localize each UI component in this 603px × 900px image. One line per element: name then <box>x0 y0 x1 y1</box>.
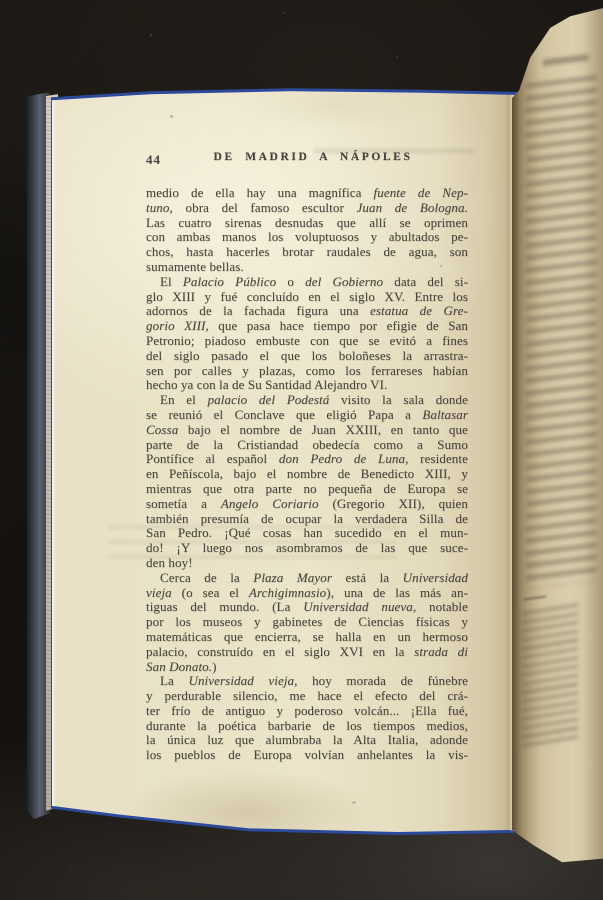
paragraph: Cerca de la Plaza Mayor está la Universi… <box>146 571 468 675</box>
text-line: también presumía de ocupar la verdadera … <box>146 512 468 527</box>
text-line: glo XIII y fué concluído en el siglo XV.… <box>146 290 468 305</box>
book-photo: 44 DE MADRID A NÁPOLES medio de ella hay… <box>0 0 603 900</box>
page-header: 44 DE MADRID A NÁPOLES <box>146 151 468 167</box>
paragraph: medio de ella hay una magnífica fuente d… <box>146 186 468 275</box>
text-line: palacio, construído en el siglo XVI en l… <box>146 645 468 660</box>
facing-page-blurred-header <box>543 54 589 66</box>
facing-footnote-blurred-text <box>522 604 578 753</box>
dust-speck <box>70 868 72 870</box>
dust-speck <box>396 56 398 58</box>
paragraph: En el palacio del Podestá visito la sala… <box>146 393 468 571</box>
text-line: tiguas del mundo. (La Universidad nueva,… <box>146 600 468 615</box>
text-line: San Donato.) <box>146 660 468 675</box>
text-line: parte de la Cristiandad obedecía como a … <box>146 438 468 453</box>
text-line: sometía a Angelo Coriario (Gregorio XII)… <box>146 497 468 512</box>
text-line: en Peñíscola, bajo el nombre de Benedict… <box>146 467 468 482</box>
text-line: mientras que otra parte no pequeña de Eu… <box>146 482 468 497</box>
book-page: 44 DE MADRID A NÁPOLES medio de ella hay… <box>52 89 520 835</box>
text-line: Cerca de la Plaza Mayor está la Universi… <box>146 571 468 586</box>
paper-speck <box>352 801 356 804</box>
facing-page <box>512 0 603 900</box>
page-body: medio de ella hay una magnífica fuente d… <box>146 186 468 763</box>
text-line: hecho ya con la de Su Santidad Alejandro… <box>146 378 468 393</box>
paragraph: El Palacio Público o del Gobierno data d… <box>146 275 468 393</box>
text-line: Cossa bajo el nombre de Juan XXIII, en t… <box>146 423 468 438</box>
text-line: medio de ella hay una magnífica fuente d… <box>146 186 468 201</box>
text-line: la única luz que alumbraba la Alta Itali… <box>146 733 468 748</box>
page-number: 44 <box>146 152 161 168</box>
text-line: y perdurable silencio, me hace el efecto… <box>146 689 468 704</box>
dust-speck <box>150 34 152 36</box>
text-line: chos, hasta hacerles brotar raudales de … <box>146 245 468 260</box>
facing-footnote-rule <box>524 595 546 600</box>
text-line: Petronio; piadoso embuste con que se evi… <box>146 334 468 349</box>
text-line: tuno, obra del famoso escultor Juan de B… <box>146 201 468 216</box>
text-line: El Palacio Público o del Gobierno data d… <box>146 275 468 290</box>
text-line: sen por calles y plazas, como los ferrar… <box>146 364 468 379</box>
paragraph: La Universidad vieja, hoy morada de fúne… <box>146 674 468 763</box>
text-line: sumamente bellas. <box>146 260 468 275</box>
paper-speck <box>170 115 173 118</box>
text-line: Las cuatro sirenas desnudas que allí se … <box>146 216 468 231</box>
text-line: del siglo pasado el que los boloñeses la… <box>146 349 468 364</box>
text-line: ter frío de antiguo y poderoso volcán...… <box>146 704 468 719</box>
text-line: La Universidad vieja, hoy morada de fúne… <box>146 674 468 689</box>
dust-speck <box>282 12 285 14</box>
text-line: den hoy! <box>146 556 468 571</box>
text-line: matemáticas que encierra, se halla en un… <box>146 630 468 645</box>
text-line: los pueblos de Europa volvían anhelantes… <box>146 748 468 763</box>
running-header: DE MADRID A NÁPOLES <box>146 151 468 163</box>
facing-page-blurred-text <box>526 76 597 590</box>
text-line: Pontífice al español don Pedro de Luna, … <box>146 452 468 467</box>
text-line: con ambas manos los voluptuosos y abulta… <box>146 230 468 245</box>
text-line: San Pedro. ¡Qué cosas han sucedido en el… <box>146 526 468 541</box>
text-line: adornos de la fachada figura una estatua… <box>146 304 468 319</box>
text-line: do! ¡Y luego nos asombramos de las que s… <box>146 541 468 556</box>
text-line: por los museos y gabinetes de Ciencias f… <box>146 615 468 630</box>
text-line: durante la poética barbarie de los tiemp… <box>146 719 468 734</box>
text-line: gorio XIII, que pasa hace tiempo por efi… <box>146 319 468 334</box>
text-line: se reunió el Conclave que eligió Papa a … <box>146 408 468 423</box>
text-line: vieja (o sea el Archigimnasio), una de l… <box>146 586 468 601</box>
text-line: En el palacio del Podestá visito la sala… <box>146 393 468 408</box>
